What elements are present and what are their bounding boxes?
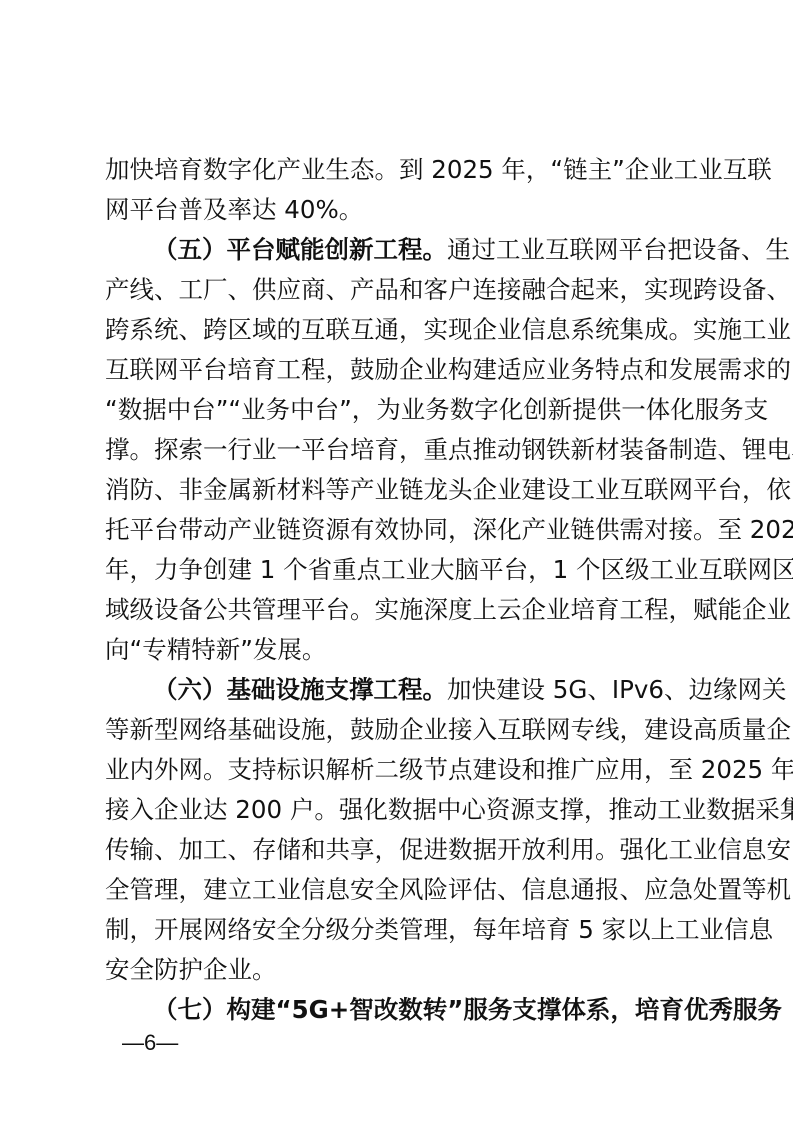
- paragraph-line: 全管理，建立工业信息安全风险评估、信息通报、应急处置等机: [105, 870, 695, 910]
- section-heading-line: （五）平台赋能创新工程。通过工业互联网平台把设备、生: [153, 230, 695, 270]
- paragraph-line: 业内外网。支持标识解析二级节点建设和推广应用，至 2025 年: [105, 750, 695, 790]
- paragraph-line: 加快培育数字化产业生态。到 2025 年，“链主”企业工业互联: [105, 150, 695, 190]
- section-heading-5: （五）平台赋能创新工程。: [153, 235, 447, 264]
- paragraph-line: 撑。探索一行业一平台培育，重点推动钢铁新材装备制造、锂电、: [105, 430, 695, 470]
- section-heading-line: （七）构建“5G+智改数转”服务支撑体系，培育优秀服务: [153, 990, 695, 1030]
- paragraph-line: 网平台普及率达 40%。: [105, 190, 695, 230]
- paragraph-line: 消防、非金属新材料等产业链龙头企业建设工业互联网平台，依: [105, 470, 695, 510]
- section-heading-line: （六）基础设施支撑工程。加快建设 5G、IPv6、边缘网关: [153, 670, 695, 710]
- paragraph-text: 加快建设 5G、IPv6、边缘网关: [447, 675, 786, 704]
- paragraph-line: 域级设备公共管理平台。实施深度上云企业培育工程，赋能企业: [105, 590, 695, 630]
- paragraph-line: 跨系统、跨区域的互联互通，实现企业信息系统集成。实施工业: [105, 310, 695, 350]
- document-page: 加快培育数字化产业生态。到 2025 年，“链主”企业工业互联 网平台普及率达 …: [0, 0, 793, 1122]
- paragraph-line: 传输、加工、存储和共享，促进数据开放利用。强化工业信息安: [105, 830, 695, 870]
- paragraph-line: “数据中台”“业务中台”，为业务数字化创新提供一体化服务支: [105, 390, 695, 430]
- paragraph-line: 互联网平台培育工程，鼓励企业构建适应业务特点和发展需求的: [105, 350, 695, 390]
- page-number: —6—: [122, 1028, 178, 1058]
- section-heading-7: （七）构建“5G+智改数转”服务支撑体系，培育优秀服务: [153, 995, 782, 1024]
- paragraph-text: 通过工业互联网平台把设备、生: [447, 235, 790, 264]
- paragraph-line: 安全防护企业。: [105, 950, 695, 990]
- paragraph-line: 向“专精特新”发展。: [105, 630, 695, 670]
- paragraph-line: 制，开展网络安全分级分类管理，每年培育 5 家以上工业信息: [105, 910, 695, 950]
- section-heading-6: （六）基础设施支撑工程。: [153, 675, 447, 704]
- paragraph-line: 产线、工厂、供应商、产品和客户连接融合起来，实现跨设备、: [105, 270, 695, 310]
- paragraph-line: 接入企业达 200 户。强化数据中心资源支撑，推动工业数据采集、: [105, 790, 695, 830]
- paragraph-line: 托平台带动产业链资源有效协同，深化产业链供需对接。至 2025: [105, 510, 695, 550]
- paragraph-line: 年，力争创建 1 个省重点工业大脑平台，1 个区级工业互联网区: [105, 550, 695, 590]
- paragraph-line: 等新型网络基础设施，鼓励企业接入互联网专线，建设高质量企: [105, 710, 695, 750]
